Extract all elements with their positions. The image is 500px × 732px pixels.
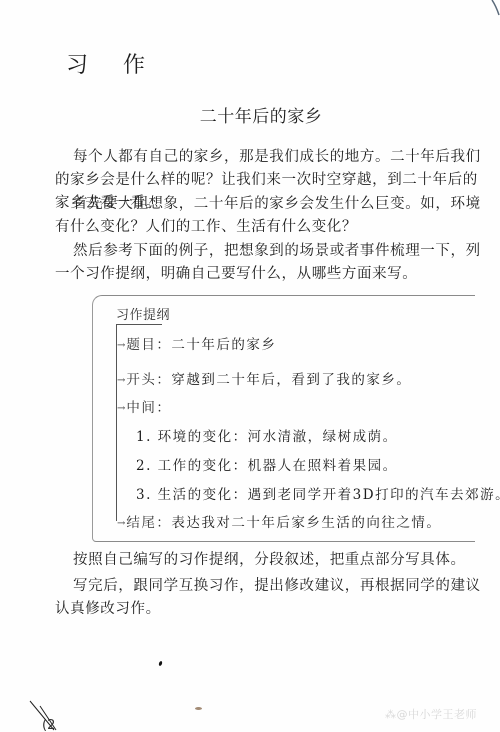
textbook-page: 习 作 二十年后的家乡 每个人都有自己的家乡，那是我们成长的地方。二十年后我们的… bbox=[0, 0, 500, 732]
outline-item-label: 结尾： bbox=[126, 515, 171, 531]
page-number: (2 bbox=[42, 718, 55, 732]
outline-bracket-top bbox=[116, 324, 162, 325]
page-corner-curl bbox=[490, 0, 500, 16]
middle-point-life: 3. 生活的变化：遇到老同学开着3D打印的汽车去郊游。 bbox=[136, 483, 500, 503]
middle-point-environment: 1. 环境的变化：河水清澈，绿树成荫。 bbox=[136, 425, 398, 445]
paper-stain bbox=[195, 707, 202, 710]
outline-item-label: 中间： bbox=[126, 400, 171, 416]
outline-item-opening: →开头：穿越到二十年后，看到了我的家乡。 bbox=[117, 368, 411, 388]
arrow-right-icon: → bbox=[117, 340, 125, 351]
outline-item-text: 穿越到二十年后，看到了我的家乡。 bbox=[171, 372, 411, 388]
ink-spot bbox=[158, 661, 163, 667]
outline-item-title: →题目：二十年后的家乡 bbox=[117, 333, 276, 353]
outline-item-label: 开头： bbox=[126, 372, 171, 388]
arrow-right-icon: → bbox=[117, 403, 125, 414]
section-title: 习 作 bbox=[66, 48, 159, 79]
outline-item-text: 二十年后的家乡 bbox=[171, 337, 276, 353]
outline-heading: 习作提纲 bbox=[116, 304, 170, 323]
closing-paragraph-2: 写完后，跟同学互换习作，提出修改建议，再根据同学的建议认真修改习作。 bbox=[55, 575, 483, 621]
intro-paragraph-3: 然后参考下面的例子，把想象到的场景或者事件梳理一下，列一个习作提纲，明确自己要写… bbox=[55, 240, 483, 286]
outline-item-ending: →结尾：表达我对二十年后家乡生活的向往之情。 bbox=[117, 511, 441, 531]
outline-item-text: 表达我对二十年后家乡生活的向往之情。 bbox=[171, 515, 441, 531]
arrow-right-icon: → bbox=[117, 375, 125, 386]
outline-item-middle: →中间： bbox=[117, 396, 171, 416]
closing-paragraph-1: 按照自己编写的习作提纲，分段叙述，把重点部分写具体。 bbox=[55, 549, 483, 572]
essay-title: 二十年后的家乡 bbox=[0, 102, 500, 127]
intro-paragraph-2: 首先要大胆想象，二十年后的家乡会发生什么巨变。如，环境有什么变化？人们的工作、生… bbox=[55, 193, 483, 239]
outline-bracket-line bbox=[116, 324, 117, 521]
watermark: ⁂@中小学王老师 bbox=[385, 706, 477, 722]
middle-point-work: 2. 工作的变化：机器人在照料着果园。 bbox=[136, 454, 398, 474]
arrow-right-icon: → bbox=[117, 518, 125, 529]
outline-item-label: 题目： bbox=[126, 337, 171, 353]
